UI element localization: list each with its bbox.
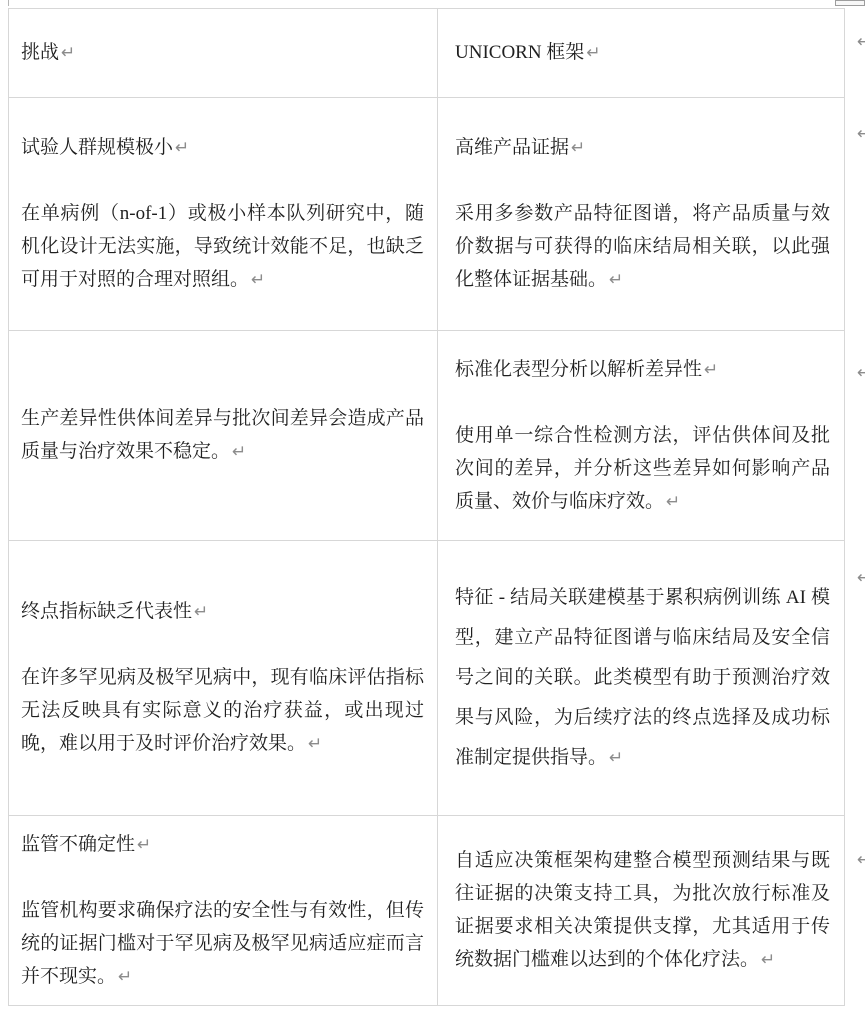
cell-text: 在单病例（n-of-1）或极小样本队列研究中，随机化设计无法实施，导致统计效能不…	[21, 203, 424, 290]
cell-challenge-manufacturing-variability[interactable]: 生产差异性供体间差异与批次间差异会造成产品质量与治疗效果不稳定。↵	[9, 331, 438, 540]
cell-text: 监管机构要求确保疗法的安全性与有效性，但传统的证据门槛对于罕见病及极罕见病适应症…	[21, 900, 424, 987]
table-row: 试验人群规模极小↵ 在单病例（n-of-1）或极小样本队列研究中，随机化设计无法…	[9, 98, 844, 331]
cell-text: UNICORN 框架	[455, 42, 584, 63]
row-end-mark-icon: ↵	[857, 850, 865, 870]
row-end-mark-icon: ↵	[857, 568, 865, 588]
paragraph: 高维产品证据↵	[455, 131, 830, 165]
cell-framework-high-dim-evidence[interactable]: 高维产品证据↵ 采用多参数产品特征图谱，将产品质量与效价数据与可获得的临床结局相…	[438, 98, 844, 330]
comparison-table: 挑战↵ UNICORN 框架↵ 试验人群规模极小↵ 在单病例（n-of-1）或极…	[8, 8, 845, 1006]
paragraph: 监管不确定性↵	[21, 828, 424, 862]
paragraph-mark-icon: ↵	[137, 835, 151, 855]
paragraph-mark-icon: ↵	[609, 748, 623, 768]
cell-challenge-endpoints[interactable]: 终点指标缺乏代表性↵ 在许多罕见病及极罕见病中，现有临床评估指标无法反映具有实际…	[9, 541, 438, 815]
cell-challenge-small-population[interactable]: 试验人群规模极小↵ 在单病例（n-of-1）或极小样本队列研究中，随机化设计无法…	[9, 98, 438, 330]
row-end-mark-icon: ↵	[857, 124, 865, 144]
paragraph: 标准化表型分析以解析差异性↵	[455, 353, 830, 387]
paragraph: 监管机构要求确保疗法的安全性与有效性，但传统的证据门槛对于罕见病及极罕见病适应症…	[21, 894, 424, 994]
paragraph: 采用多参数产品特征图谱，将产品质量与效价数据与可获得的临床结局相关联，以此强化整…	[455, 197, 830, 297]
paragraph: 在单病例（n-of-1）或极小样本队列研究中，随机化设计无法实施，导致统计效能不…	[21, 197, 424, 297]
paragraph-mark-icon: ↵	[232, 442, 246, 462]
paragraph: 自适应决策框架构建整合模型预测结果与既往证据的决策支持工具，为批次放行标准及证据…	[455, 844, 830, 977]
document-page: 挑战↵ UNICORN 框架↵ 试验人群规模极小↵ 在单病例（n-of-1）或极…	[0, 0, 865, 1010]
cell-framework-standardized-phenotyping[interactable]: 标准化表型分析以解析差异性↵ 使用单一综合性检测方法，评估供体间及批次间的差异，…	[438, 331, 844, 540]
paragraph-mark-icon: ↵	[609, 270, 623, 290]
row-end-mark-icon: ↵	[857, 32, 865, 52]
header-cell-challenge[interactable]: 挑战↵	[9, 9, 438, 97]
cell-framework-feature-outcome-modeling[interactable]: 特征 - 结局关联建模基于累积病例训练 AI 模型，建立产品特征图谱与临床结局及…	[438, 541, 844, 815]
table-row: 终点指标缺乏代表性↵ 在许多罕见病及极罕见病中，现有临床评估指标无法反映具有实际…	[9, 541, 844, 816]
row-end-mark-icon: ↵	[857, 363, 865, 383]
table-corner-handle[interactable]	[835, 0, 865, 6]
cell-text: 采用多参数产品特征图谱，将产品质量与效价数据与可获得的临床结局相关联，以此强化整…	[455, 203, 830, 290]
cell-challenge-regulatory-uncertainty[interactable]: 监管不确定性↵ 监管机构要求确保疗法的安全性与有效性，但传统的证据门槛对于罕见病…	[9, 816, 438, 1005]
paragraph-mark-icon: ↵	[308, 734, 322, 754]
paragraph-mark-icon: ↵	[666, 492, 680, 512]
paragraph-mark-icon: ↵	[251, 270, 265, 290]
paragraph-mark-icon: ↵	[586, 43, 600, 63]
paragraph-mark-icon: ↵	[194, 602, 208, 622]
paragraph-mark-icon: ↵	[571, 138, 585, 158]
paragraph: 终点指标缺乏代表性↵	[21, 595, 424, 629]
cell-text: 挑战	[21, 42, 59, 63]
paragraph: 挑战↵	[21, 36, 424, 70]
paragraph: 在许多罕见病及极罕见病中，现有临床评估指标无法反映具有实际意义的治疗获益，或出现…	[21, 661, 424, 761]
table-header-row: 挑战↵ UNICORN 框架↵	[9, 9, 844, 98]
cell-text: 生产差异性供体间差异与批次间差异会造成产品质量与治疗效果不稳定。	[21, 408, 424, 462]
cell-text: 监管不确定性	[21, 834, 135, 855]
table-row: 生产差异性供体间差异与批次间差异会造成产品质量与治疗效果不稳定。↵ 标准化表型分…	[9, 331, 844, 541]
paragraph-mark-icon: ↵	[704, 360, 718, 380]
cell-text: 试验人群规模极小	[21, 137, 173, 158]
paragraph: UNICORN 框架↵	[455, 36, 830, 70]
table-row: 监管不确定性↵ 监管机构要求确保疗法的安全性与有效性，但传统的证据门槛对于罕见病…	[9, 816, 844, 1006]
paragraph: 使用单一综合性检测方法，评估供体间及批次间的差异，并分析这些差异如何影响产品质量…	[455, 419, 830, 519]
cell-text: 特征 - 结局关联建模基于累积病例训练 AI 模型，建立产品特征图谱与临床结局及…	[455, 587, 830, 768]
cell-text: 在许多罕见病及极罕见病中，现有临床评估指标无法反映具有实际意义的治疗获益，或出现…	[21, 667, 424, 754]
paragraph-mark-icon: ↵	[175, 138, 189, 158]
table-top-tick	[8, 0, 9, 6]
paragraph: 试验人群规模极小↵	[21, 131, 424, 165]
paragraph: 生产差异性供体间差异与批次间差异会造成产品质量与治疗效果不稳定。↵	[21, 402, 424, 469]
paragraph-mark-icon: ↵	[118, 967, 132, 987]
header-cell-unicorn-framework[interactable]: UNICORN 框架↵	[438, 9, 844, 97]
cell-text: 标准化表型分析以解析差异性	[455, 359, 702, 380]
paragraph: 特征 - 结局关联建模基于累积病例训练 AI 模型，建立产品特征图谱与临床结局及…	[455, 578, 830, 778]
cell-text: 终点指标缺乏代表性	[21, 601, 192, 622]
cell-framework-adaptive-decision[interactable]: 自适应决策框架构建整合模型预测结果与既往证据的决策支持工具，为批次放行标准及证据…	[438, 816, 844, 1005]
cell-text: 高维产品证据	[455, 137, 569, 158]
paragraph-mark-icon: ↵	[61, 43, 75, 63]
cell-text: 使用单一综合性检测方法，评估供体间及批次间的差异，并分析这些差异如何影响产品质量…	[455, 425, 830, 512]
paragraph-mark-icon: ↵	[761, 950, 775, 970]
